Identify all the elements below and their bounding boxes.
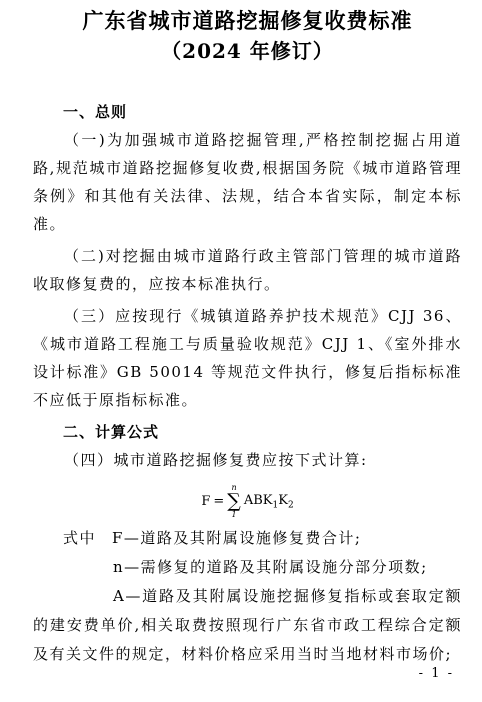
formula-equals-sign: = (213, 494, 224, 509)
title-line-2: （2024 年修订） (33, 36, 462, 66)
definition-line-a: A—道路及其附属设施挖掘修复指标或套取定额的建安费单价,相关取费按照现行广东省市… (33, 582, 462, 669)
paragraph-item-4: （四）城市道路挖掘修复费应按下式计算: (33, 446, 462, 474)
where-label: 式中 (63, 529, 96, 547)
definition-line-n: n—需修复的道路及其附属设施分部分项数; (33, 553, 462, 582)
sigma-icon: ∑ (227, 492, 241, 511)
formula-term-k: K (278, 493, 288, 508)
section-heading-general-rules: 一、总则 (33, 102, 462, 122)
summation-symbol: n ∑ 1 (227, 484, 241, 519)
section-heading-calculation-formula: 二、计算公式 (33, 422, 462, 442)
formula-lhs: F (201, 494, 210, 509)
page-number: - 1 - (419, 666, 454, 681)
formula-term-abk: ABK (244, 493, 273, 508)
formula-terms: ABK1K2 (244, 493, 294, 511)
definition-f-text: F—道路及其附属设施修复费合计; (112, 529, 361, 547)
definition-line-f: 式中F—道路及其附属设施修复费合计; (33, 524, 462, 553)
summation-lower-limit: 1 (231, 511, 236, 519)
document-page: 广东省城市道路挖掘修复收费标准 （2024 年修订） 一、总则 （一)为加强城市… (0, 0, 482, 702)
formula-expression: F = n ∑ 1 ABK1K2 (201, 484, 293, 519)
document-title: 广东省城市道路挖掘修复收费标准 （2024 年修订） (33, 6, 462, 66)
formula-block: F = n ∑ 1 ABK1K2 (33, 480, 462, 524)
paragraph-item-2: （二)对挖掘由城市道路行政主管部门管理的城市道路收取修复费的，应按本标准执行。 (33, 242, 462, 298)
formula-subscript-2: 2 (288, 500, 294, 510)
paragraph-item-1: （一)为加强城市道路挖掘管理,严格控制挖掘占用道路,规范城市道路挖掘修复收费,根… (33, 126, 462, 238)
paragraph-item-3: （三）应按现行《城镇道路养护技术规范》CJJ 36、《城市道路工程施工与质量验收… (33, 302, 462, 414)
title-line-1: 广东省城市道路挖掘修复收费标准 (33, 6, 462, 36)
